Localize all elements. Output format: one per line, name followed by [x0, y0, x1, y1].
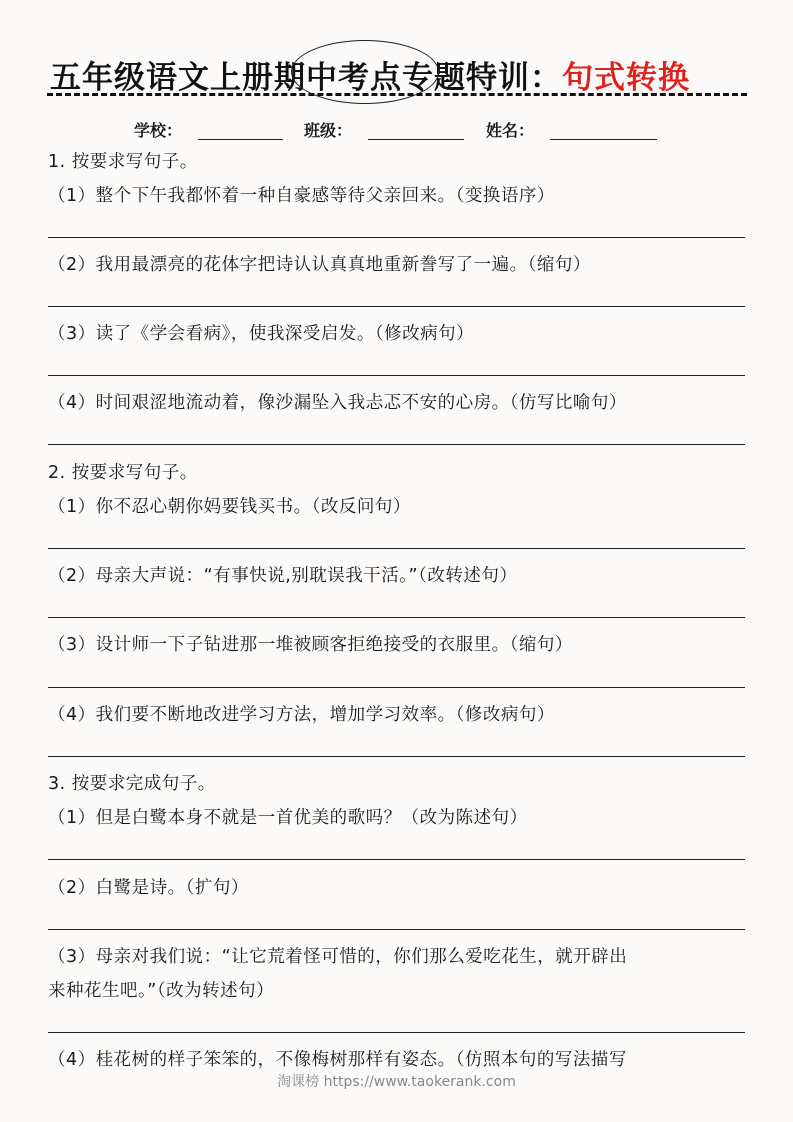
question-3-1: （1）但是白鹭本身不就是一首优美的歌吗？（改为陈述句）	[48, 804, 528, 829]
question-3-3: （3）母亲对我们说：“让它荒着怪可惜的，你们那么爱吃花生，就开辟出	[48, 943, 627, 968]
answer-line[interactable]	[48, 859, 745, 860]
question-1-3: （3）读了《学会看病》，使我深受启发。（修改病句）	[48, 320, 474, 345]
question-3-3-cont: 来种花生吧。”（改为转述句）	[48, 977, 274, 1002]
section-3-heading: 3. 按要求完成句子。	[48, 770, 216, 795]
answer-line[interactable]	[48, 929, 745, 930]
title-dashed-divider	[47, 93, 747, 96]
question-2-1: （1）你不忍心朝你妈要钱买书。（改反问句）	[48, 493, 411, 518]
answer-line[interactable]	[48, 1032, 745, 1033]
answer-line[interactable]	[48, 237, 745, 238]
question-1-4: （4）时间艰涩地流动着，像沙漏坠入我忐忑不安的心房。（仿写比喻句）	[48, 389, 627, 414]
question-3-2: （2）白鹭是诗。（扩句）	[48, 874, 249, 899]
question-1-2: （2）我用最漂亮的花体字把诗认认真真地重新誊写了一遍。（缩句）	[48, 251, 591, 276]
answer-line[interactable]	[48, 306, 745, 307]
class-field[interactable]	[368, 139, 464, 140]
school-label: 学校：	[134, 118, 182, 141]
answer-line[interactable]	[48, 687, 745, 688]
question-2-3: （3）设计师一下子钻进那一堆被顾客拒绝接受的衣服里。（缩句）	[48, 631, 573, 656]
answer-line[interactable]	[48, 548, 745, 549]
answer-line[interactable]	[48, 375, 745, 376]
name-label: 姓名：	[486, 118, 534, 141]
answer-line[interactable]	[48, 756, 745, 757]
name-field[interactable]	[550, 139, 657, 140]
watermark: 淘课榜 https://www.taokerank.com	[0, 1071, 793, 1091]
school-field[interactable]	[198, 139, 283, 140]
section-1-heading: 1. 按要求写句子。	[48, 148, 198, 173]
class-label: 班级：	[304, 118, 352, 141]
title-red: 句式转换	[562, 60, 690, 96]
answer-line[interactable]	[48, 444, 745, 445]
question-2-4: （4）我们要不断地改进学习方法，增加学习效率。（修改病句）	[48, 701, 555, 726]
question-3-4: （4）桂花树的样子笨笨的，不像梅树那样有姿态。（仿照本句的写法描写	[48, 1046, 627, 1071]
question-1-1: （1）整个下午我都怀着一种自豪感等待父亲回来。（变换语序）	[48, 182, 555, 207]
question-2-2: （2）母亲大声说：“有事快说,别耽误我干活。”（改转述句）	[48, 562, 517, 587]
section-2-heading: 2. 按要求写句子。	[48, 459, 198, 484]
answer-line[interactable]	[48, 617, 745, 618]
